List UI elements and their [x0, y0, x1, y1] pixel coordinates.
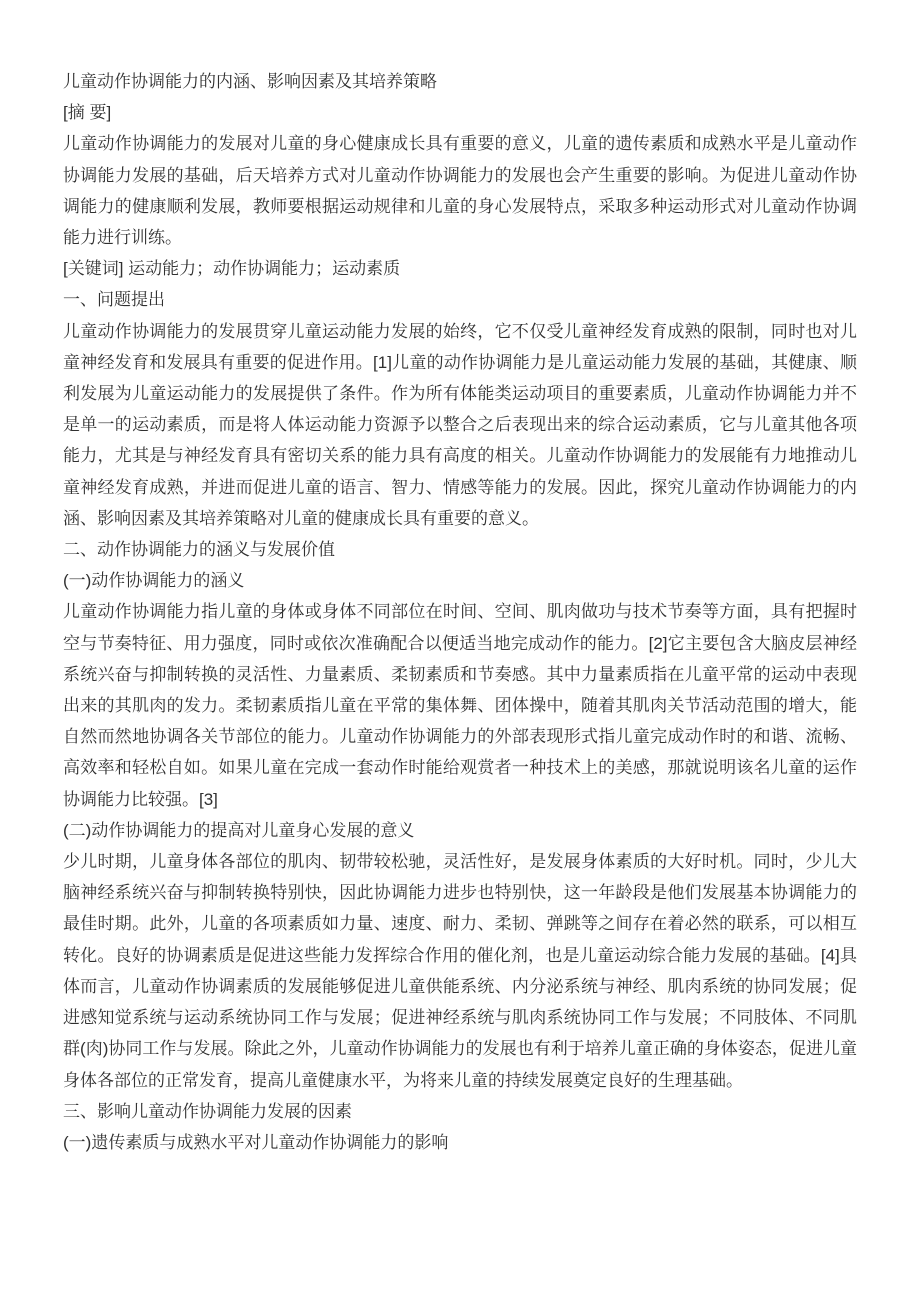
document-title: 儿童动作协调能力的内涵、影响因素及其培养策略 — [63, 66, 857, 97]
document-page: 儿童动作协调能力的内涵、影响因素及其培养策略 [摘 要] 儿童动作协调能力的发展… — [0, 0, 920, 1302]
heading-section-two: 二、动作协调能力的涵义与发展价值 — [63, 534, 857, 565]
paragraph-problem-statement: 儿童动作协调能力的发展贯穿儿童运动能力发展的始终，它不仅受儿童神经发育成熟的限制… — [63, 316, 857, 534]
heading-section-three: 三、影响儿童动作协调能力发展的因素 — [63, 1096, 857, 1127]
paragraph-significance: 少儿时期，儿童身体各部位的肌肉、韧带较松驰，灵活性好，是发展身体素质的大好时机。… — [63, 846, 857, 1096]
abstract-label: [摘 要] — [63, 97, 857, 128]
paragraph-meaning: 儿童动作协调能力指儿童的身体或身体不同部位在时间、空间、肌肉做功与技术节奏等方面… — [63, 596, 857, 814]
heading-section-one: 一、问题提出 — [63, 284, 857, 315]
subheading-significance: (二)动作协调能力的提高对儿童身心发展的意义 — [63, 815, 857, 846]
subheading-genetic-factors: (一)遗传素质与成熟水平对儿童动作协调能力的影响 — [63, 1127, 857, 1158]
abstract-paragraph: 儿童动作协调能力的发展对儿童的身心健康成长具有重要的意义，儿童的遗传素质和成熟水… — [63, 128, 857, 253]
keywords-line: [关键词] 运动能力；动作协调能力；运动素质 — [63, 253, 857, 284]
subheading-meaning: (一)动作协调能力的涵义 — [63, 565, 857, 596]
